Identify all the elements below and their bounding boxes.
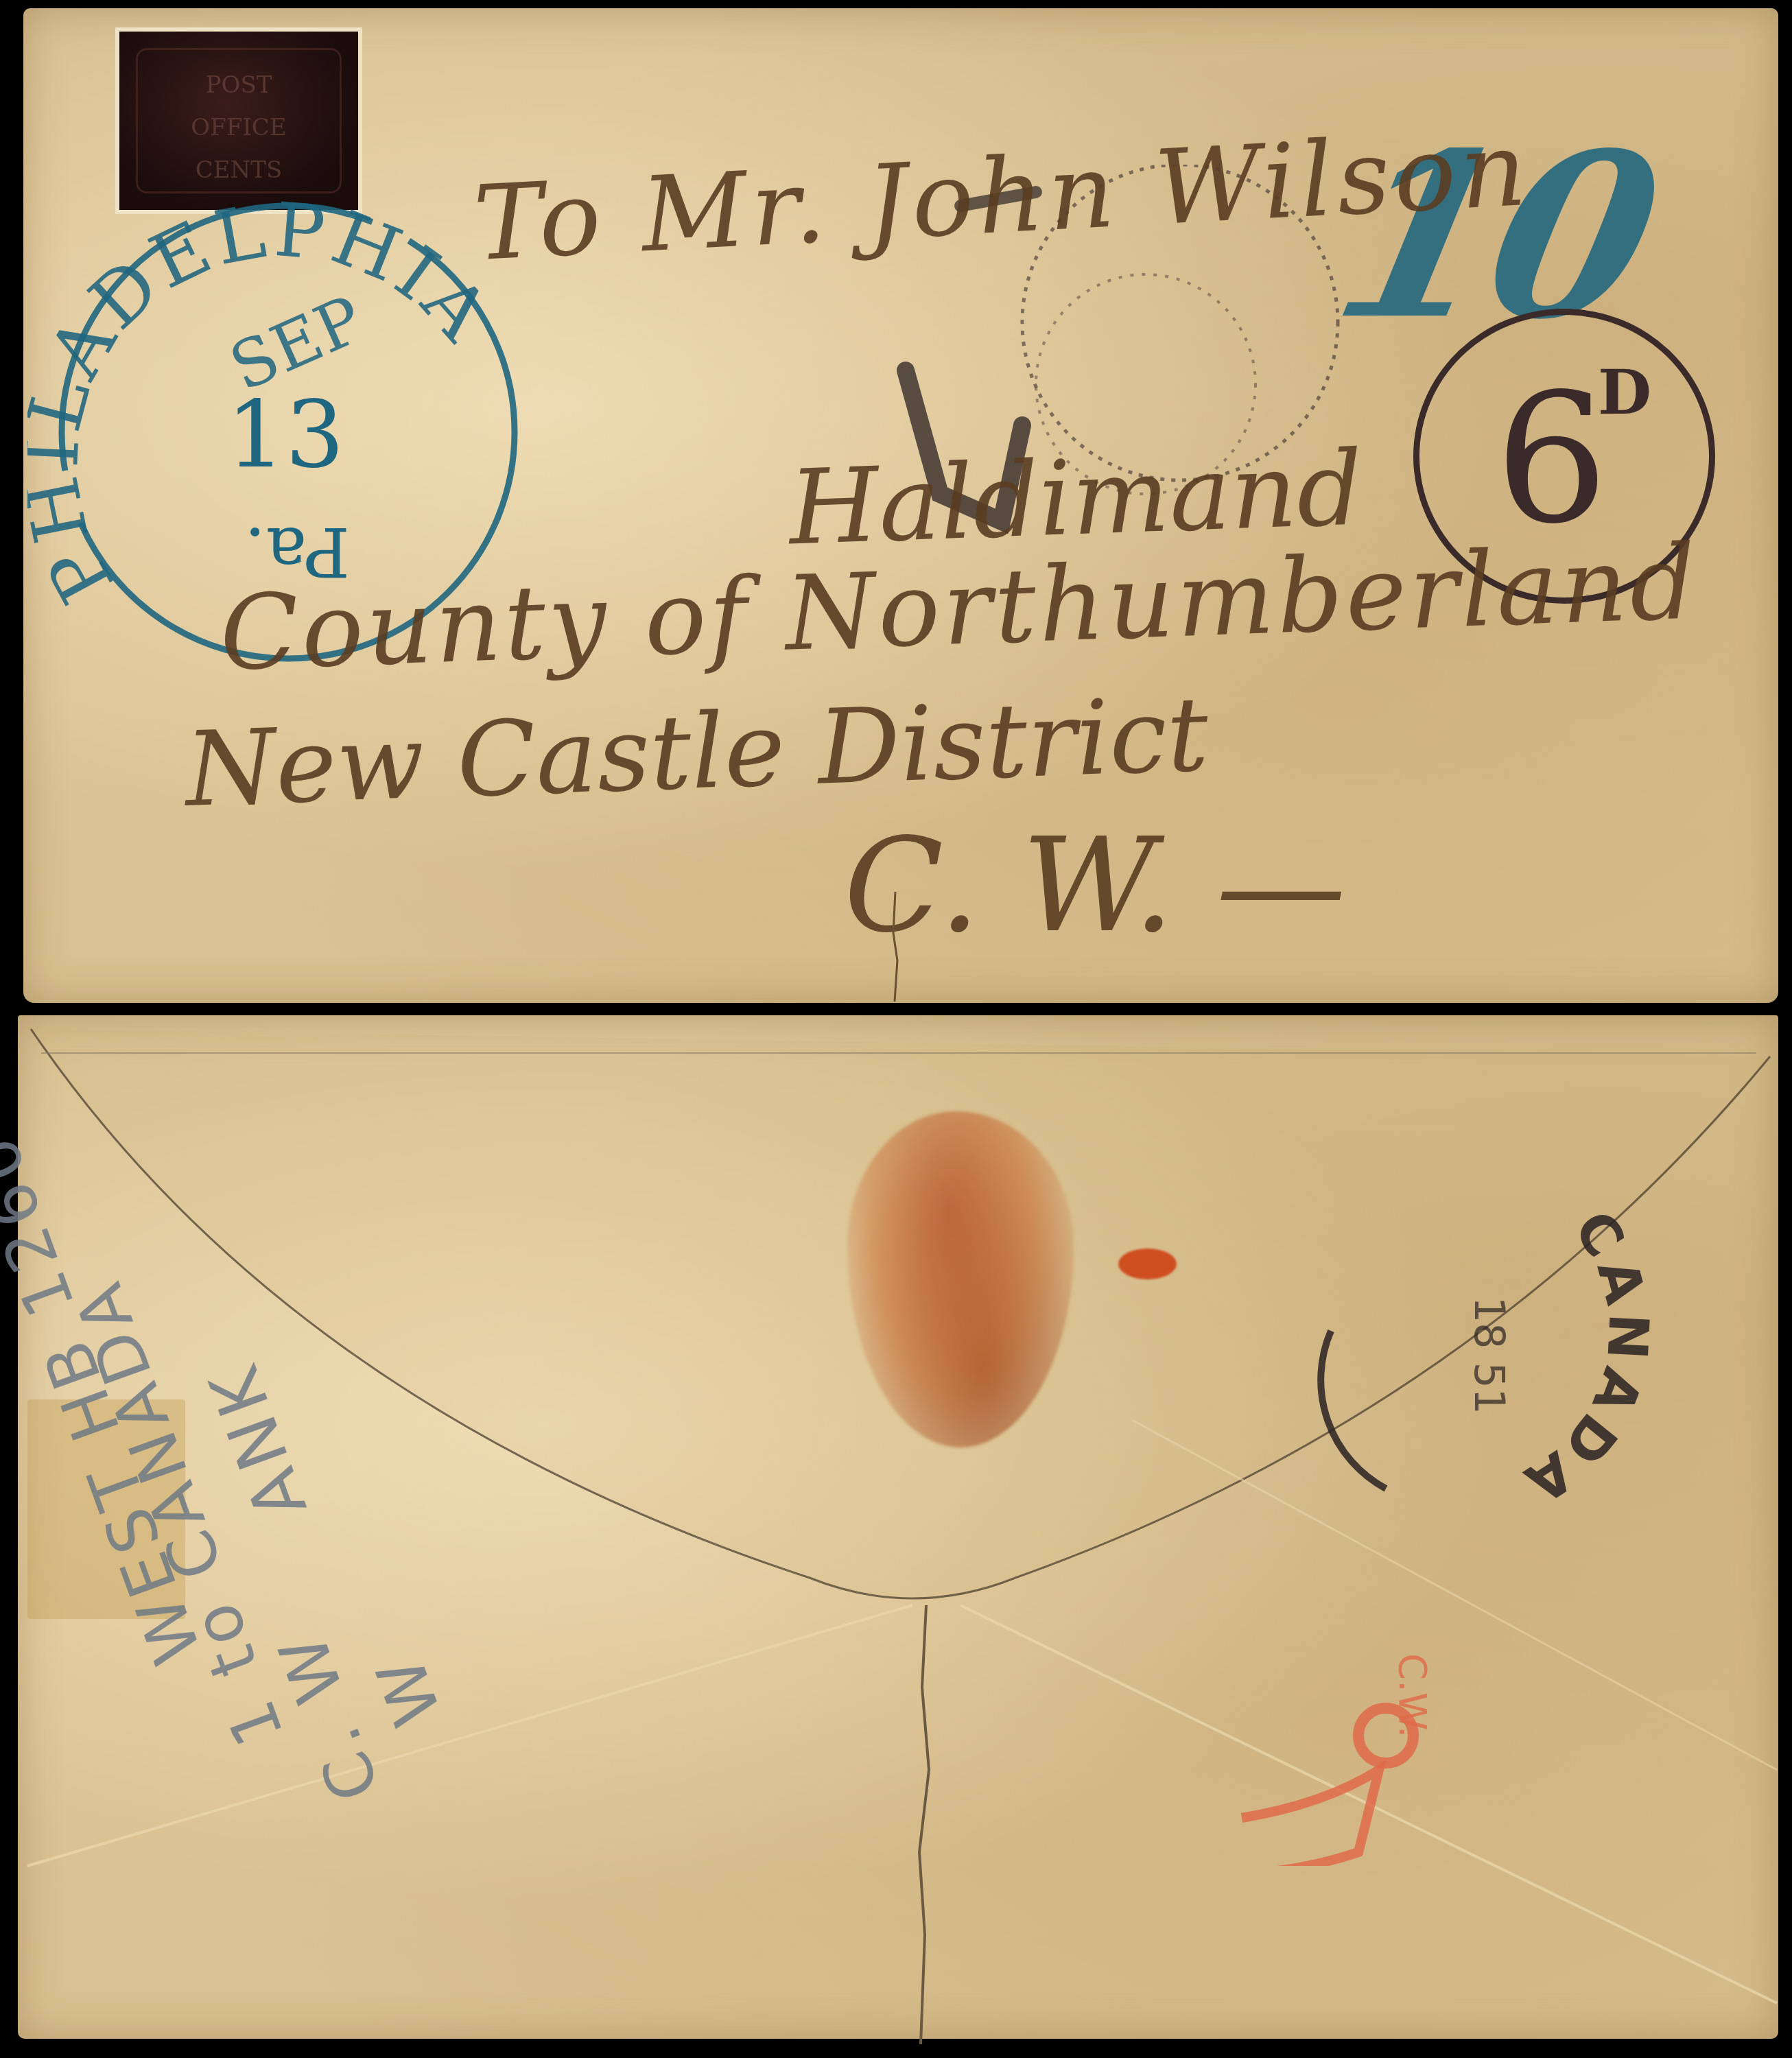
stamp-text-line: OFFICE — [138, 106, 340, 149]
postage-stamp: POST OFFICE CENTS — [115, 27, 362, 214]
stamp-text-line: POST — [138, 64, 340, 106]
due-unit: D — [1598, 356, 1651, 429]
backstamp-date: 18 51 — [1465, 1297, 1513, 1415]
stamp-text-line: CENTS — [138, 149, 340, 191]
red-cw-marking: C.W. — [1201, 1550, 1489, 1866]
postmark-day: 13 — [226, 381, 344, 488]
paper-tear — [885, 892, 906, 1002]
svg-text:CANADA: CANADA — [1510, 1200, 1660, 1518]
address-line-province: C. W. — — [844, 809, 1346, 961]
paper-tear — [912, 1605, 940, 2044]
backstamp-text: CANADA — [1510, 1200, 1660, 1518]
wax-spot — [1118, 1249, 1177, 1279]
red-mark-text: C.W. — [1390, 1653, 1435, 1738]
canada-backstamp: CANADA 18 51 — [1249, 1194, 1660, 1550]
stamp-design: POST OFFICE CENTS — [136, 48, 342, 193]
